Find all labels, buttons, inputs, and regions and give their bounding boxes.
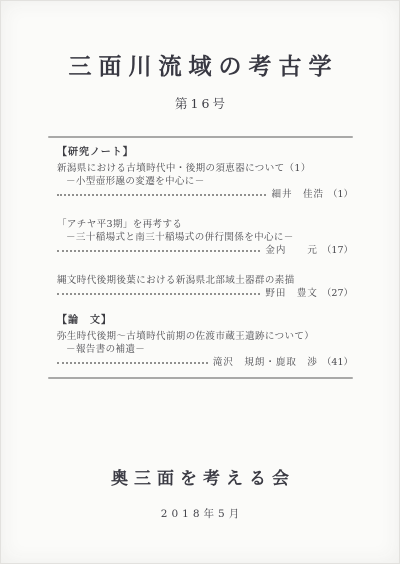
divider-bottom xyxy=(48,377,353,379)
entry-author-row: 金内 元 （17） xyxy=(57,244,353,257)
divider-top xyxy=(48,136,353,138)
entry-subtitle: －報告書の補遺－ xyxy=(57,343,353,356)
entry-author-row: 滝沢 規朗・鹿取 渉 （41） xyxy=(57,356,353,369)
publisher: 奥三面を考える会 xyxy=(0,464,400,489)
entry-title: 縄文時代後期後葉における新潟県北部域土器群の素描 xyxy=(57,274,353,287)
journal-title: 三面川流域の考古学 xyxy=(0,48,400,81)
entry-page-number: （27） xyxy=(322,287,353,300)
dotted-leader xyxy=(57,362,208,364)
entry-subtitle: －小型壺形𤭯の変遷を中心に－ xyxy=(57,175,353,188)
dotted-leader xyxy=(57,293,260,295)
entry-title: 「アチヤ平3期」を再考する xyxy=(57,218,353,231)
issue-number: 第16号 xyxy=(0,94,400,112)
entry-author-row: 細井 佳浩 （1） xyxy=(57,188,353,201)
entry-page-number: （1） xyxy=(328,188,353,201)
toc-entry: 新潟県における古墳時代中・後期の須恵器について（1） －小型壺形𤭯の変遷を中心に… xyxy=(57,162,353,201)
entry-subtitle: －三十稲場式と南三十稲場式の併行関係を中心に－ xyxy=(57,231,353,244)
entry-page-number: （41） xyxy=(322,356,353,369)
entry-author-row: 野田 豊文 （27） xyxy=(57,287,353,300)
entry-title: 弥生時代後期～古墳時代前期の佐渡市蔵王遺跡について） xyxy=(57,330,353,343)
toc-entry: 弥生時代後期～古墳時代前期の佐渡市蔵王遺跡について） －報告書の補遺－ 滝沢 規… xyxy=(57,330,353,369)
entry-author: 野田 豊文 xyxy=(265,287,318,300)
publication-date: 2018年5月 xyxy=(0,506,400,521)
journal-cover-page: 三面川流域の考古学 第16号 【研究ノート】 新潟県における古墳時代中・後期の須… xyxy=(0,0,400,564)
entry-title: 新潟県における古墳時代中・後期の須恵器について（1） xyxy=(57,162,353,175)
table-of-contents: 【研究ノート】 新潟県における古墳時代中・後期の須恵器について（1） －小型壺形… xyxy=(57,146,353,369)
entry-author: 滝沢 規朗・鹿取 渉 xyxy=(213,356,318,369)
toc-entry: 縄文時代後期後葉における新潟県北部域土器群の素描 野田 豊文 （27） xyxy=(57,274,353,300)
section-header-research-notes: 【研究ノート】 xyxy=(57,146,353,159)
entry-author: 金内 元 xyxy=(265,244,318,257)
dotted-leader xyxy=(57,194,266,196)
toc-entry: 「アチヤ平3期」を再考する －三十稲場式と南三十稲場式の併行関係を中心に－ 金内… xyxy=(57,218,353,257)
section-header-papers: 【論 文】 xyxy=(57,314,353,327)
entry-page-number: （17） xyxy=(322,244,353,257)
entry-author: 細井 佳浩 xyxy=(271,188,324,201)
dotted-leader xyxy=(57,250,260,252)
